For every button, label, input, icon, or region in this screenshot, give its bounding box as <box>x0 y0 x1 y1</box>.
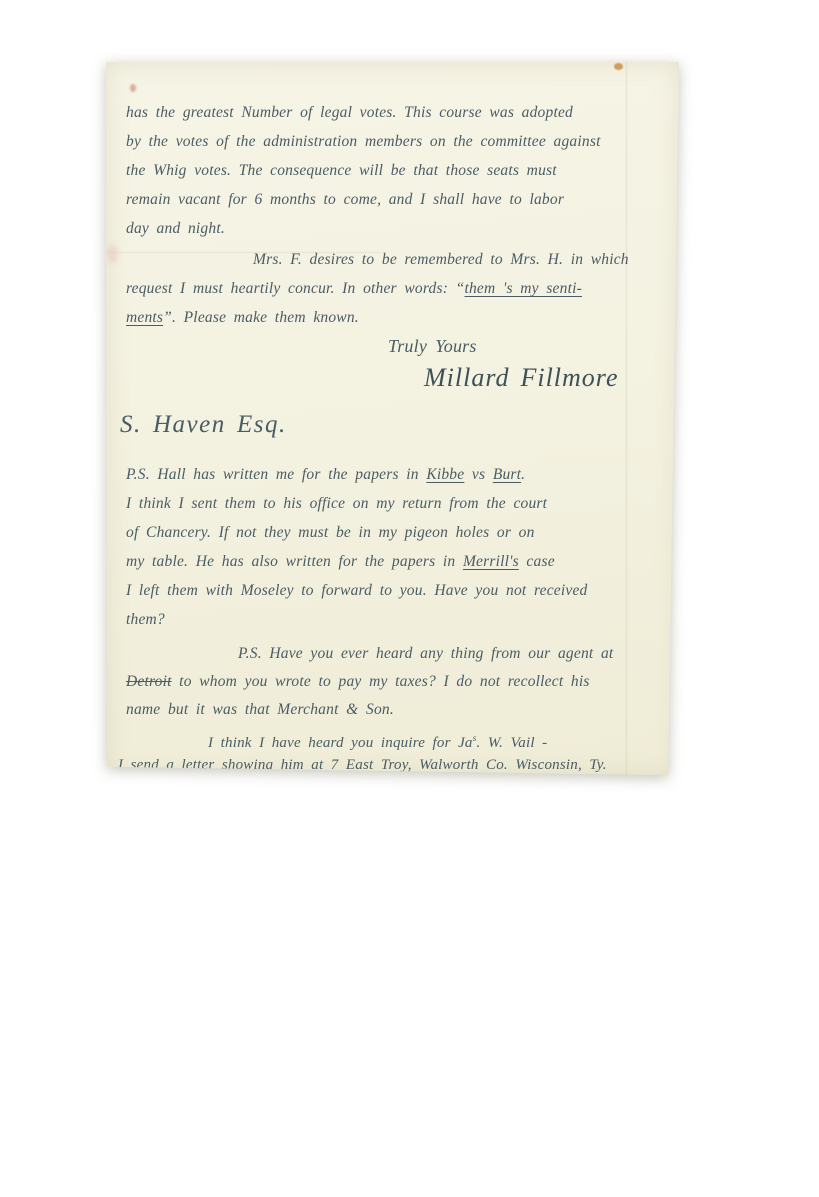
letter-line: S. Haven Esq. <box>120 402 675 448</box>
letter-text-segment: them? <box>126 611 165 628</box>
letter-block-paragraph: has the greatest Number of legal votes. … <box>126 98 675 243</box>
letter-text-segment: Burt <box>493 466 521 483</box>
letter-body: has the greatest Number of legal votes. … <box>126 98 675 776</box>
letter-line: P.S. Hall has written me for the papers … <box>126 460 675 489</box>
letter-text-segment: Mrs. F. desires to be remembered to Mrs.… <box>253 251 629 268</box>
letter-line: my table. He has also written for the pa… <box>126 547 675 576</box>
letter-text-segment: Millard Fillmore <box>424 363 619 392</box>
letter-text-segment: S. Haven Esq. <box>120 411 287 438</box>
letter-line: I think I have heard you inquire for Jas… <box>126 726 675 752</box>
letter-line: Detroit to whom you wrote to pay my taxe… <box>126 668 675 696</box>
letter-paper-shadow: has the greatest Number of legal votes. … <box>106 62 679 776</box>
letter-line: of Chancery. If not they must be in my p… <box>126 518 675 547</box>
scan-background: has the greatest Number of legal votes. … <box>0 0 819 1197</box>
letter-line: I send a letter showing him at 7 East Tr… <box>118 752 675 776</box>
letter-line: ments”. Please make them known. <box>126 303 675 332</box>
letter-text-segment: request I must heartily concur. In other… <box>126 280 464 297</box>
letter-text-segment: P.S. Hall has written me for the papers … <box>126 466 426 483</box>
letter-text-segment: I left them with Moseley to forward to y… <box>126 582 587 599</box>
letter-text-segment: day and night. <box>126 220 225 237</box>
letter-text-segment: Kibbe <box>426 466 464 483</box>
stain-fox-spot <box>130 84 136 92</box>
letter-block-postscript: P.S. Have you ever heard any thing from … <box>126 640 675 724</box>
letter-text-segment: Truly Yours <box>388 336 477 356</box>
letter-text-segment: Detroit <box>126 673 172 690</box>
letter-line: name but it was that Merchant & Son. <box>126 696 675 724</box>
letter-text-segment: to whom you wrote to pay my taxes? I do … <box>172 673 590 690</box>
letter-line: the Whig votes. The consequence will be … <box>126 156 675 185</box>
letter-block-note: I think I have heard you inquire for Jas… <box>126 726 675 776</box>
letter-line: by the votes of the administration membe… <box>126 127 675 156</box>
letter-line: request I must heartily concur. In other… <box>126 274 675 303</box>
letter-text-segment: name but it was that Merchant & Son. <box>126 701 394 718</box>
letter-line: Mrs. F. desires to be remembered to Mrs.… <box>126 245 675 274</box>
letter-block-postscript: P.S. Hall has written me for the papers … <box>126 460 675 634</box>
letter-text-segment: my table. He has also written for the pa… <box>126 553 463 570</box>
letter-block-signature: Millard Fillmore <box>126 358 675 398</box>
letter-line: I left them with Moseley to forward to y… <box>126 576 675 605</box>
letter-text-segment: the Whig votes. The consequence will be … <box>126 162 557 179</box>
letter-block-closing: Truly Yours <box>126 334 675 358</box>
letter-paper: has the greatest Number of legal votes. … <box>106 62 679 776</box>
letter-line: I think I sent them to his office on my … <box>126 489 675 518</box>
letter-text-segment: I think I have heard you inquire for Ja <box>208 735 473 751</box>
letter-line: Truly Yours <box>388 334 675 358</box>
stain-left-smudge <box>107 245 118 263</box>
letter-line: remain vacant for 6 months to come, and … <box>126 185 675 214</box>
letter-text-segment: them 's my senti- <box>464 280 582 297</box>
letter-text-segment: P.S. Have you ever heard any thing from … <box>238 645 613 662</box>
letter-text-segment: vs <box>464 466 492 483</box>
letter-text-segment: by the votes of the administration membe… <box>126 133 601 150</box>
letter-text-segment: remain vacant for 6 months to come, and … <box>126 191 564 208</box>
stain-top-edge <box>614 63 623 70</box>
letter-text-segment: ments <box>126 309 163 326</box>
letter-line: Millard Fillmore <box>424 358 675 398</box>
letter-text-segment: case <box>519 553 555 570</box>
letter-line: has the greatest Number of legal votes. … <box>126 98 675 127</box>
letter-line: them? <box>126 605 675 634</box>
letter-line: P.S. Have you ever heard any thing from … <box>126 640 675 668</box>
letter-block-addressee: S. Haven Esq. <box>126 402 675 448</box>
letter-text-segment: . W. Vail - <box>476 735 547 751</box>
letter-text-segment: has the greatest Number of legal votes. … <box>126 104 573 121</box>
letter-text-segment: I send a letter showing him at 7 East Tr… <box>118 757 607 773</box>
letter-text-segment: . <box>521 466 525 483</box>
letter-block-paragraph: Mrs. F. desires to be remembered to Mrs.… <box>126 245 675 332</box>
letter-text-segment: I think I sent them to his office on my … <box>126 495 547 512</box>
letter-text-segment: ”. Please make them known. <box>163 309 359 326</box>
letter-line: day and night. <box>126 214 675 243</box>
letter-text-segment: Merrill's <box>463 553 519 570</box>
letter-text-segment: of Chancery. If not they must be in my p… <box>126 524 535 541</box>
